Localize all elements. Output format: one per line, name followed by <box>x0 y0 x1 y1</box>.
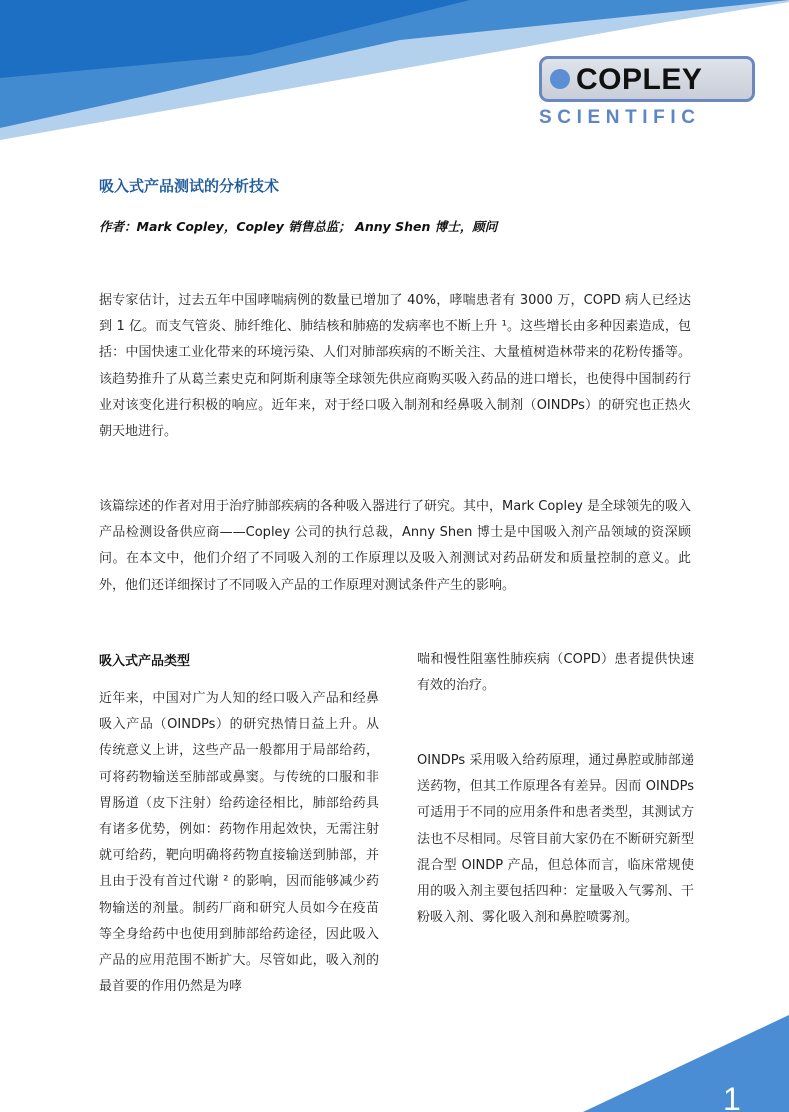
page-number: 1 <box>723 1082 741 1112</box>
intro-paragraph-2: 该篇综述的作者对用于治疗肺部疾病的各种吸入器进行了研究。其中，Mark Copl… <box>99 494 691 599</box>
intro-paragraph-1: 据专家估计，过去五年中国哮喘病例的数量已增加了 40%，哮喘患者有 3000 万… <box>99 288 691 445</box>
logo-wordmark: COPLEY <box>576 62 702 98</box>
logo-subtitle: SCIENTIFIC <box>539 106 757 130</box>
logo-badge: COPLEY <box>539 56 755 102</box>
footer-decoration <box>0 1000 789 1112</box>
left-column-text: 近年来，中国对广为人知的经口吸入产品和经鼻吸入产品（OINDPs）的研究热情日益… <box>99 686 379 1000</box>
logo-dot-icon <box>550 69 570 89</box>
section-heading: 吸入式产品类型 <box>99 650 190 669</box>
right-column-text-1: 喘和慢性阻塞性肺疾病（COPD）患者提供快速有效的治疗。 <box>417 647 694 699</box>
copley-scientific-logo: COPLEY SCIENTIFIC <box>537 56 759 132</box>
document-authors: 作者：Mark Copley，Copley 销售总监； Anny Shen 博士… <box>99 217 497 235</box>
right-column-text-2: OINDPs 采用吸入给药原理，通过鼻腔或肺部递送药物，但其工作原理各有差异。因… <box>417 748 694 931</box>
document-title: 吸入式产品测试的分析技术 <box>99 175 279 196</box>
